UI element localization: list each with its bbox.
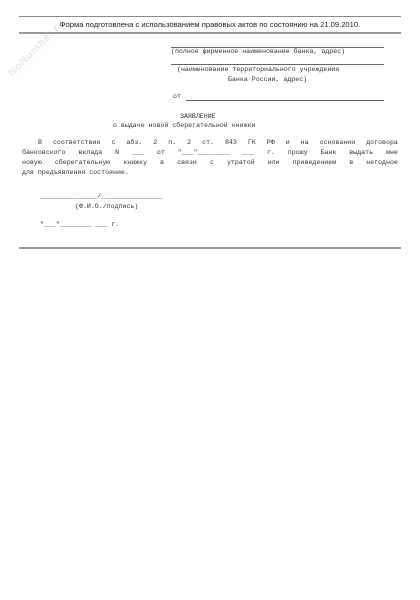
bottom-rule: [19, 247, 401, 249]
from-line: [186, 100, 384, 101]
bank-name-caption: (полное фирменное наименование банка, ад…: [171, 48, 345, 55]
date-line: "___"________ ___ г.: [40, 221, 119, 228]
from-label: от: [173, 93, 181, 100]
form-notice-text: Форма подготовлена с использованием прав…: [60, 20, 360, 29]
cb-name-caption-2: Банка России, адрес): [228, 76, 307, 83]
document-title: ЗАЯВЛЕНИЕ: [180, 113, 216, 120]
body-row-2: банковскоговкладаN___от"___"___________г…: [22, 148, 398, 158]
signature-caption: (Ф.И.О./подпись): [75, 203, 138, 210]
signature-line: ______________/_______________: [40, 193, 162, 201]
watermark: NoNumber.ru: [6, 0, 92, 79]
application-body: Всоответствиисабз.2п.2ст.843ГКРФинаоснов…: [22, 138, 398, 178]
body-row-4: для предъявления состояние.: [22, 168, 398, 178]
body-row-3: новуюсберегательнуюкнижкувсвязисутратойи…: [22, 158, 398, 168]
document-subtitle: о выдаче новой сберегательной книжки: [113, 122, 255, 129]
body-row-1: Всоответствиисабз.2п.2ст.843ГКРФинаоснов…: [22, 138, 398, 148]
form-notice-bar: Форма подготовлена с использованием прав…: [19, 16, 401, 34]
cb-name-caption-1: (наименование территориального учреждени…: [177, 66, 339, 73]
cb-name-line: [171, 64, 384, 65]
